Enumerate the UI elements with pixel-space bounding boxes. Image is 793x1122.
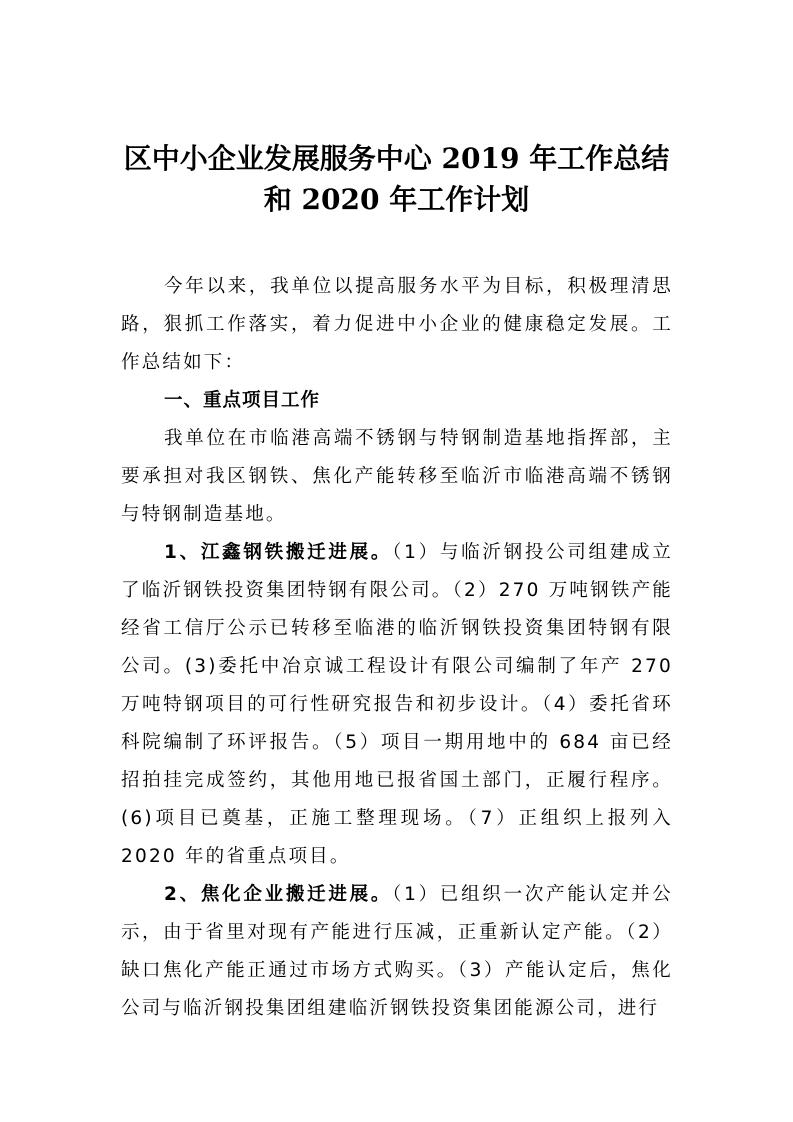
section-summary-paragraph: 我单位在市临港高端不锈钢与特钢制造基地指挥部，主要承担对我区钢铁、焦化产能转移至… [121, 420, 673, 534]
item-2-paragraph: 2、焦化企业搬迁进展。（1）已组织一次产能认定并公示，由于省里对现有产能进行压减… [121, 876, 673, 1028]
section-heading: 一、重点项目工作 [121, 382, 673, 420]
item-2-lead: 2、焦化企业搬迁进展。 [164, 884, 392, 905]
document-body: 今年以来，我单位以提高服务水平为目标，积极理清思路，狠抓工作落实，着力促进中小企… [121, 268, 673, 1028]
item-1-lead: 1、江鑫钢铁搬迁进展。 [164, 542, 392, 563]
document-page: 区中小企业发展服务中心 2019 年工作总结 和 2020 年工作计划 今年以来… [0, 0, 793, 1122]
title-line-2: 和 2020 年工作计划 [100, 179, 693, 220]
item-1-text: （1）与临沂钢投公司组建成立了临沂钢铁投资集团特钢有限公司。（2）270 万吨钢… [121, 542, 673, 867]
title-line-1: 区中小企业发展服务中心 2019 年工作总结 [100, 138, 693, 179]
intro-paragraph: 今年以来，我单位以提高服务水平为目标，积极理清思路，狠抓工作落实，着力促进中小企… [121, 268, 673, 382]
item-1-paragraph: 1、江鑫钢铁搬迁进展。（1）与临沂钢投公司组建成立了临沂钢铁投资集团特钢有限公司… [121, 534, 673, 876]
document-title: 区中小企业发展服务中心 2019 年工作总结 和 2020 年工作计划 [100, 138, 693, 220]
